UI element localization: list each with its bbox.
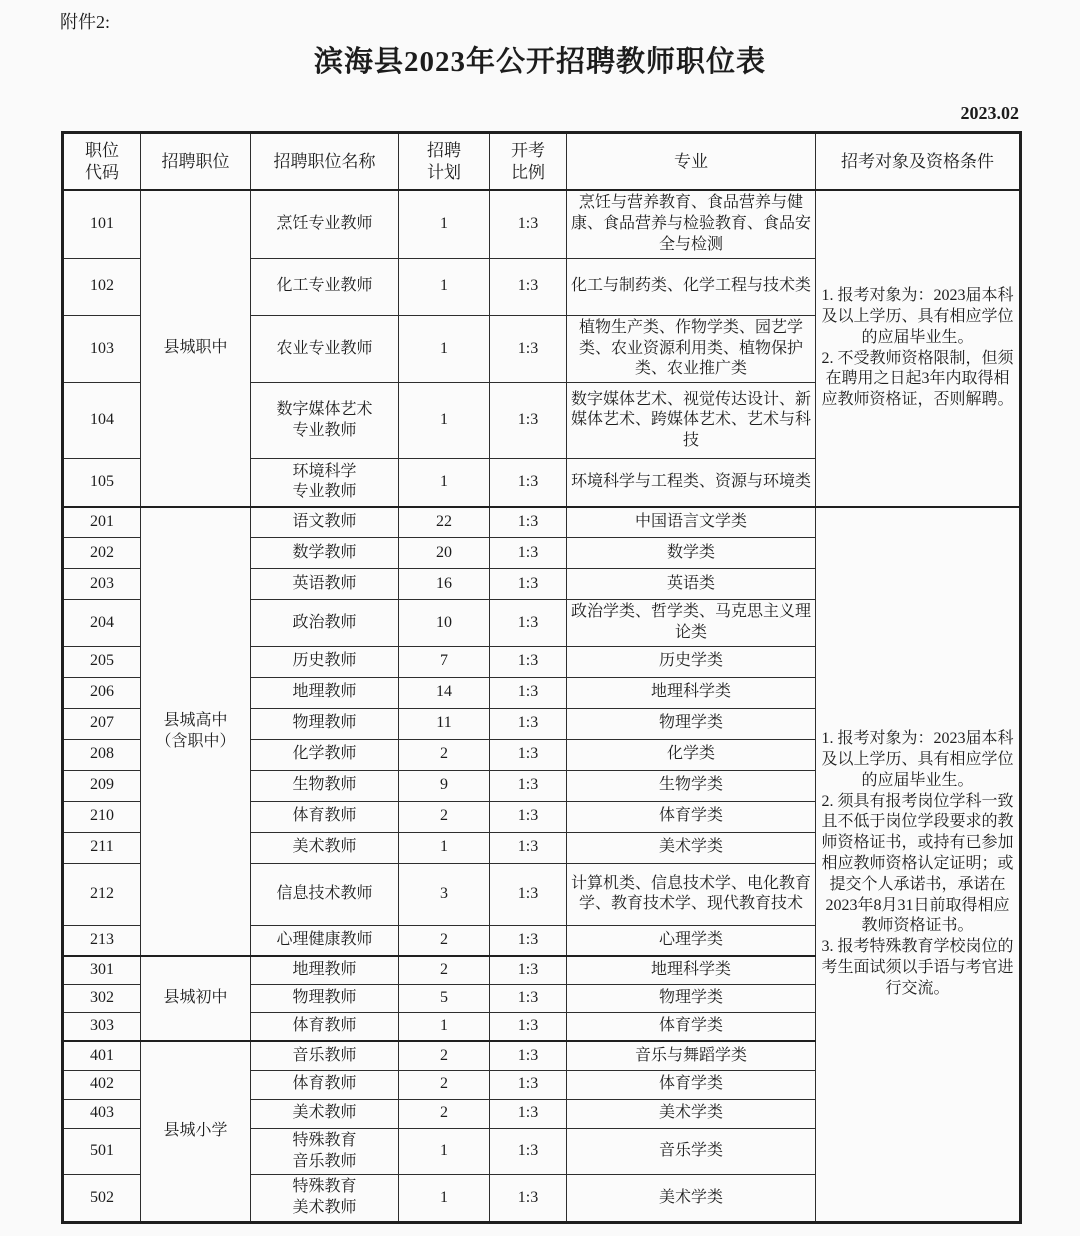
ratio-cell: 1:3 — [490, 863, 567, 925]
code-cell: 207 — [63, 708, 141, 739]
name-cell: 地理教师 — [251, 956, 399, 984]
name-cell: 音乐教师 — [251, 1041, 399, 1070]
plan-cell: 1 — [399, 383, 490, 459]
table-row: 101 县城职中 烹饪专业教师 1 1:3 烹饪与营养教育、食品营养与健康、食品… — [63, 190, 1021, 258]
ratio-cell: 1:3 — [490, 1041, 567, 1070]
col-header-code: 职位 代码 — [63, 132, 141, 190]
ratio-cell: 1:3 — [490, 569, 567, 600]
plan-cell: 20 — [399, 538, 490, 569]
code-cell: 213 — [63, 925, 141, 956]
plan-cell: 7 — [399, 646, 490, 677]
major-cell: 美术学类 — [567, 832, 816, 863]
major-cell: 烹饪与营养教育、食品营养与健康、食品营养与检验教育、食品安全与检测 — [567, 190, 816, 258]
name-cell: 英语教师 — [251, 569, 399, 600]
plan-cell: 11 — [399, 708, 490, 739]
major-cell: 中国语言文学类 — [567, 507, 816, 538]
major-cell: 数学类 — [567, 538, 816, 569]
requirements-cell: 1. 报考对象为：2023届本科及以上学历、具有相应学位的应届毕业生。 2. 不… — [816, 190, 1021, 506]
name-cell: 物理教师 — [251, 984, 399, 1012]
ratio-cell: 1:3 — [490, 1175, 567, 1223]
name-cell: 美术教师 — [251, 1099, 399, 1128]
major-cell: 化工与制药类、化学工程与技术类 — [567, 258, 816, 315]
plan-cell: 16 — [399, 569, 490, 600]
ratio-cell: 1:3 — [490, 459, 567, 507]
code-cell: 302 — [63, 984, 141, 1012]
requirements-cell: 1. 报考对象为：2023届本科及以上学历、具有相应学位的应届毕业生。 2. 须… — [816, 507, 1021, 1223]
group-cell: 县城高中 （含职中） — [141, 507, 251, 957]
plan-cell: 1 — [399, 1175, 490, 1223]
name-cell: 环境科学 专业教师 — [251, 459, 399, 507]
plan-cell: 3 — [399, 863, 490, 925]
major-cell: 地理科学类 — [567, 956, 816, 984]
ratio-cell: 1:3 — [490, 1099, 567, 1128]
name-cell: 生物教师 — [251, 770, 399, 801]
col-header-group: 招聘职位 — [141, 132, 251, 190]
header-row: 职位 代码 招聘职位 招聘职位名称 招聘 计划 开考 比例 专业 招考对象及资格… — [63, 132, 1021, 190]
name-cell: 物理教师 — [251, 708, 399, 739]
plan-cell: 1 — [399, 190, 490, 258]
major-cell: 音乐与舞蹈学类 — [567, 1041, 816, 1070]
col-header-major: 专业 — [567, 132, 816, 190]
code-cell: 502 — [63, 1175, 141, 1223]
plan-cell: 1 — [399, 1012, 490, 1041]
plan-cell: 2 — [399, 925, 490, 956]
code-cell: 104 — [63, 383, 141, 459]
plan-cell: 1 — [399, 258, 490, 315]
major-cell: 生物学类 — [567, 770, 816, 801]
name-cell: 政治教师 — [251, 600, 399, 647]
major-cell: 体育学类 — [567, 1012, 816, 1041]
positions-table: 职位 代码 招聘职位 招聘职位名称 招聘 计划 开考 比例 专业 招考对象及资格… — [61, 131, 1022, 1224]
major-cell: 历史学类 — [567, 646, 816, 677]
name-cell: 农业专业教师 — [251, 315, 399, 382]
plan-cell: 2 — [399, 1041, 490, 1070]
major-cell: 化学类 — [567, 739, 816, 770]
major-cell: 体育学类 — [567, 801, 816, 832]
code-cell: 201 — [63, 507, 141, 538]
major-cell: 政治学类、哲学类、马克思主义理论类 — [567, 600, 816, 647]
major-cell: 地理科学类 — [567, 677, 816, 708]
plan-cell: 1 — [399, 459, 490, 507]
document-page: 附件2: 滨海县2023年公开招聘教师职位表 2023.02 职位 代码 招聘职… — [0, 0, 1080, 1236]
name-cell: 美术教师 — [251, 832, 399, 863]
major-cell: 美术学类 — [567, 1175, 816, 1223]
name-cell: 化学教师 — [251, 739, 399, 770]
code-cell: 105 — [63, 459, 141, 507]
name-cell: 体育教师 — [251, 1012, 399, 1041]
plan-cell: 14 — [399, 677, 490, 708]
major-cell: 物理学类 — [567, 708, 816, 739]
document-date: 2023.02 — [61, 103, 1019, 124]
ratio-cell: 1:3 — [490, 677, 567, 708]
code-cell: 211 — [63, 832, 141, 863]
name-cell: 信息技术教师 — [251, 863, 399, 925]
major-cell: 物理学类 — [567, 984, 816, 1012]
code-cell: 208 — [63, 739, 141, 770]
plan-cell: 10 — [399, 600, 490, 647]
plan-cell: 1 — [399, 1128, 490, 1175]
code-cell: 301 — [63, 956, 141, 984]
ratio-cell: 1:3 — [490, 832, 567, 863]
ratio-cell: 1:3 — [490, 315, 567, 382]
plan-cell: 2 — [399, 956, 490, 984]
code-cell: 205 — [63, 646, 141, 677]
group-cell: 县城初中 — [141, 956, 251, 1041]
ratio-cell: 1:3 — [490, 956, 567, 984]
plan-cell: 5 — [399, 984, 490, 1012]
ratio-cell: 1:3 — [490, 538, 567, 569]
group-cell: 县城小学 — [141, 1041, 251, 1222]
name-cell: 语文教师 — [251, 507, 399, 538]
plan-cell: 1 — [399, 315, 490, 382]
table-row: 201 县城高中 （含职中） 语文教师 22 1:3 中国语言文学类 1. 报考… — [63, 507, 1021, 538]
ratio-cell: 1:3 — [490, 1012, 567, 1041]
major-cell: 心理学类 — [567, 925, 816, 956]
col-header-requirements: 招考对象及资格条件 — [816, 132, 1021, 190]
code-cell: 209 — [63, 770, 141, 801]
name-cell: 心理健康教师 — [251, 925, 399, 956]
major-cell: 计算机类、信息技术学、电化教育学、教育技术学、现代教育技术 — [567, 863, 816, 925]
ratio-cell: 1:3 — [490, 507, 567, 538]
name-cell: 数学教师 — [251, 538, 399, 569]
name-cell: 数字媒体艺术 专业教师 — [251, 383, 399, 459]
ratio-cell: 1:3 — [490, 984, 567, 1012]
code-cell: 210 — [63, 801, 141, 832]
code-cell: 501 — [63, 1128, 141, 1175]
ratio-cell: 1:3 — [490, 383, 567, 459]
ratio-cell: 1:3 — [490, 770, 567, 801]
code-cell: 403 — [63, 1099, 141, 1128]
name-cell: 体育教师 — [251, 1070, 399, 1099]
ratio-cell: 1:3 — [490, 708, 567, 739]
ratio-cell: 1:3 — [490, 600, 567, 647]
name-cell: 特殊教育 音乐教师 — [251, 1128, 399, 1175]
major-cell: 环境科学与工程类、资源与环境类 — [567, 459, 816, 507]
code-cell: 102 — [63, 258, 141, 315]
code-cell: 212 — [63, 863, 141, 925]
col-header-name: 招聘职位名称 — [251, 132, 399, 190]
major-cell: 英语类 — [567, 569, 816, 600]
plan-cell: 2 — [399, 739, 490, 770]
ratio-cell: 1:3 — [490, 190, 567, 258]
group-cell: 县城职中 — [141, 190, 251, 506]
name-cell: 烹饪专业教师 — [251, 190, 399, 258]
plan-cell: 1 — [399, 832, 490, 863]
code-cell: 303 — [63, 1012, 141, 1041]
code-cell: 402 — [63, 1070, 141, 1099]
ratio-cell: 1:3 — [490, 739, 567, 770]
page-title: 滨海县2023年公开招聘教师职位表 — [60, 46, 1020, 79]
ratio-cell: 1:3 — [490, 646, 567, 677]
code-cell: 401 — [63, 1041, 141, 1070]
name-cell: 特殊教育 美术教师 — [251, 1175, 399, 1223]
ratio-cell: 1:3 — [490, 801, 567, 832]
ratio-cell: 1:3 — [490, 1128, 567, 1175]
name-cell: 地理教师 — [251, 677, 399, 708]
ratio-cell: 1:3 — [490, 258, 567, 315]
plan-cell: 2 — [399, 1070, 490, 1099]
name-cell: 化工专业教师 — [251, 258, 399, 315]
plan-cell: 22 — [399, 507, 490, 538]
major-cell: 体育学类 — [567, 1070, 816, 1099]
ratio-cell: 1:3 — [490, 1070, 567, 1099]
plan-cell: 9 — [399, 770, 490, 801]
major-cell: 音乐学类 — [567, 1128, 816, 1175]
name-cell: 体育教师 — [251, 801, 399, 832]
major-cell: 植物生产类、作物学类、园艺学类、农业资源利用类、植物保护类、农业推广类 — [567, 315, 816, 382]
col-header-plan: 招聘 计划 — [399, 132, 490, 190]
code-cell: 103 — [63, 315, 141, 382]
col-header-ratio: 开考 比例 — [490, 132, 567, 190]
plan-cell: 2 — [399, 1099, 490, 1128]
major-cell: 数字媒体艺术、视觉传达设计、新媒体艺术、跨媒体艺术、艺术与科技 — [567, 383, 816, 459]
code-cell: 206 — [63, 677, 141, 708]
plan-cell: 2 — [399, 801, 490, 832]
attachment-label: 附件2: — [60, 12, 1020, 34]
code-cell: 203 — [63, 569, 141, 600]
code-cell: 101 — [63, 190, 141, 258]
code-cell: 202 — [63, 538, 141, 569]
ratio-cell: 1:3 — [490, 925, 567, 956]
major-cell: 美术学类 — [567, 1099, 816, 1128]
code-cell: 204 — [63, 600, 141, 647]
name-cell: 历史教师 — [251, 646, 399, 677]
